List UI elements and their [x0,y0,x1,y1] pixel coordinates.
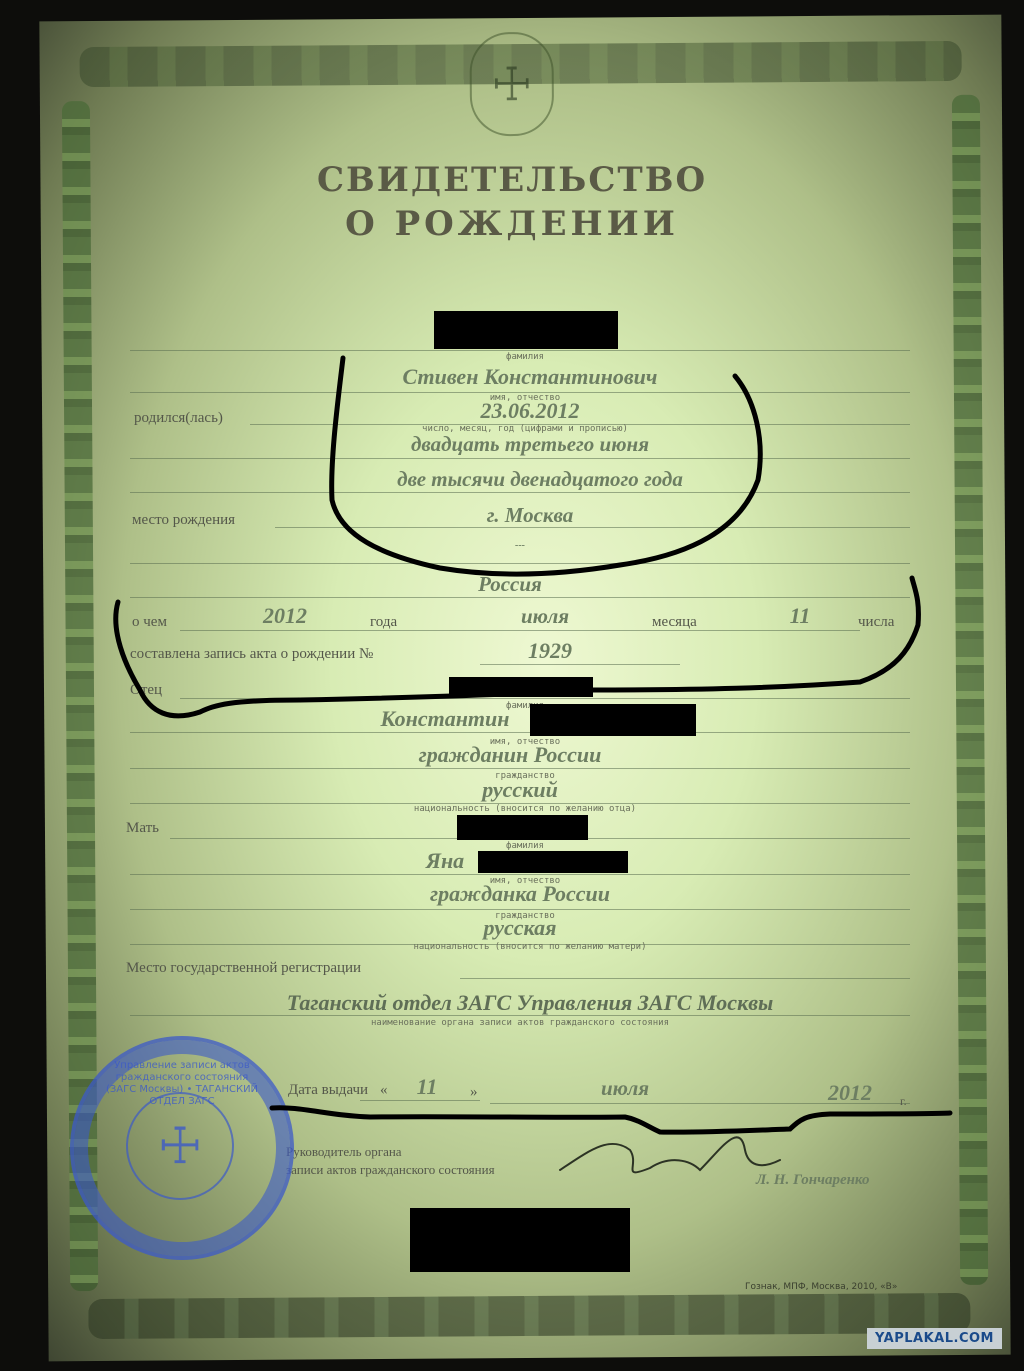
signature [560,1137,780,1172]
marker-annotations [0,0,1024,1371]
